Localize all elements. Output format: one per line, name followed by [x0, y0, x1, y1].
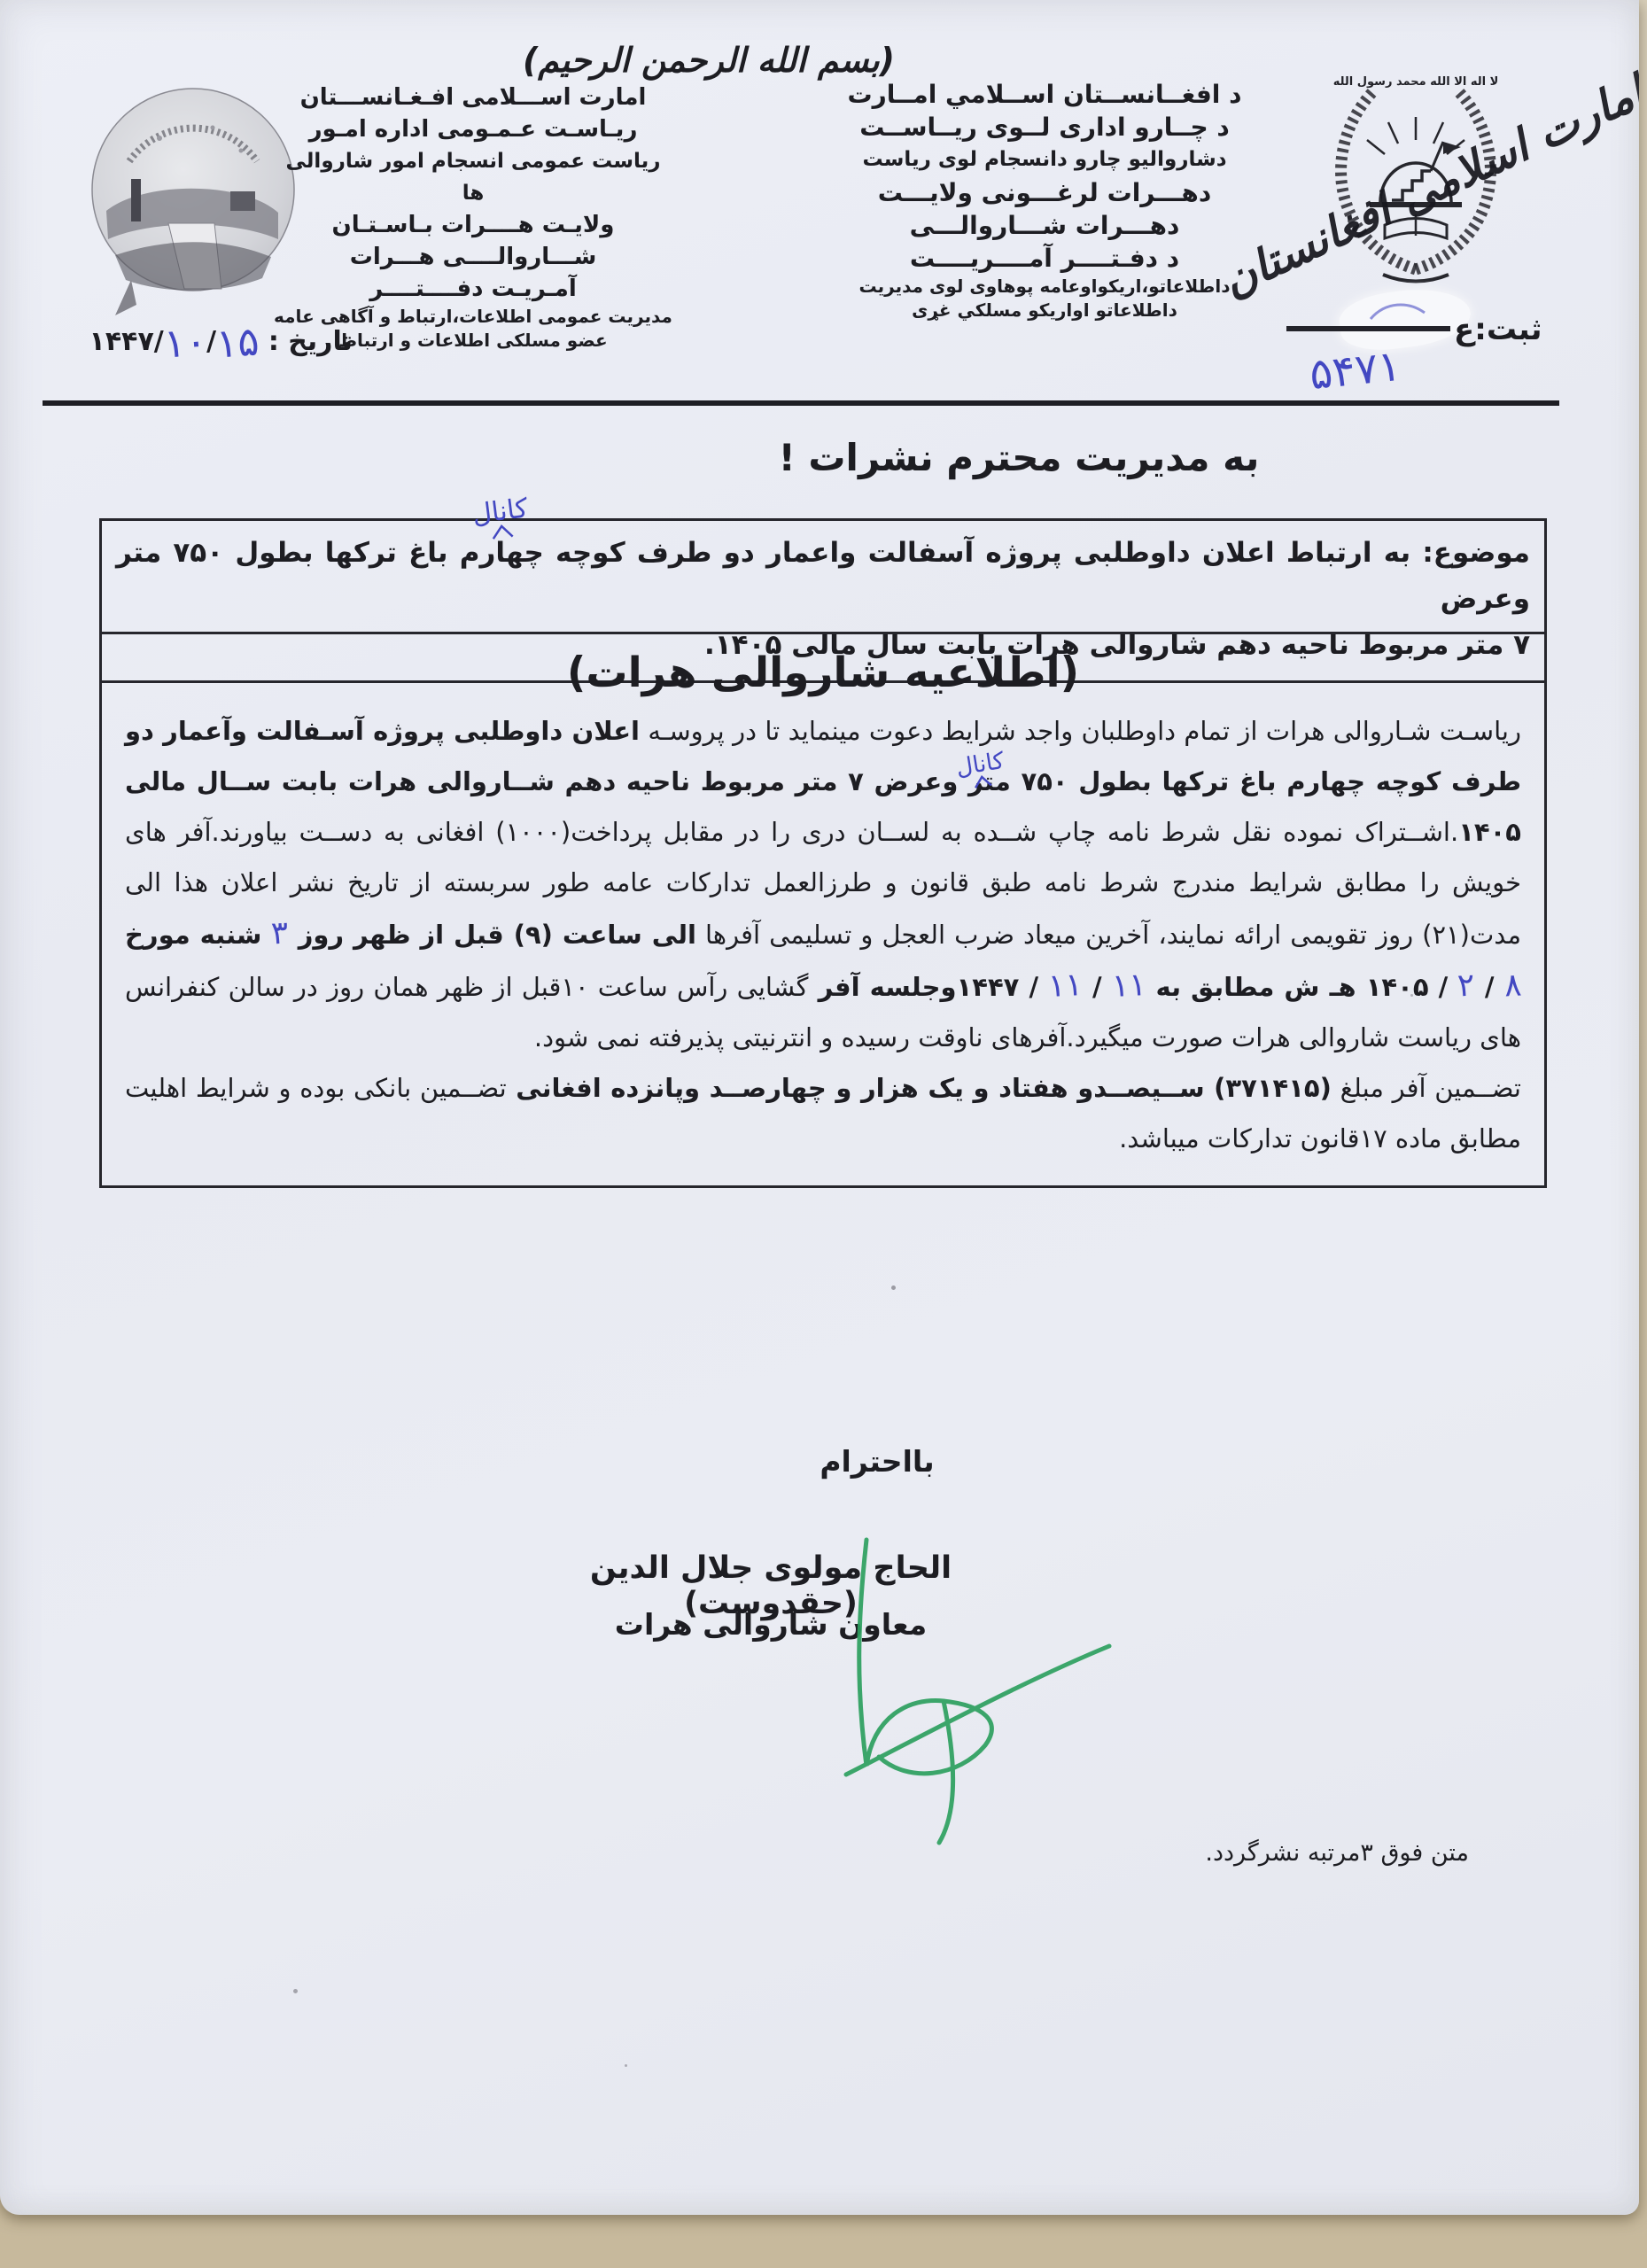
handwritten-month: ۲: [1457, 960, 1476, 1012]
dari-line: امارت اســـلامی افـغـانســـتان: [273, 82, 673, 113]
handwritten-registration-number: ۵۴۷۱: [1307, 341, 1402, 400]
body-text-bold: شنبه مورخ: [125, 920, 271, 950]
annotation-word: کانال: [470, 493, 530, 530]
publication-note: متن فوق ۳مرتبه نشرگردد.: [1177, 1839, 1469, 1867]
pashto-line: داطلاعاتو،اریکواوعامه پوهاوی لوی مدیریت: [826, 275, 1263, 299]
pashto-line: د افغــانســتان اســلامي امــارت: [826, 78, 1263, 111]
announcement-paragraph-2: تضــمین آفر مبلغ (۳۷۱۴۱۵) ســیصــدو هفتا…: [125, 1063, 1521, 1164]
stamp-foreground: [115, 242, 271, 291]
header-dari-block: امارت اســـلامی افـغـانســـتان ریـاسـت ع…: [273, 82, 673, 353]
dari-line: ولایـت هــــرات بـاسـتـان: [273, 209, 673, 241]
pashto-line: د دفـتــــر آمــــریــــت: [826, 242, 1263, 275]
body-text-bold: الی ساعت (۹) قبل از ظهر روز: [289, 920, 696, 950]
body-text-bold: وجلسه آفر: [808, 972, 956, 1002]
body-text-bold: /: [1083, 972, 1112, 1002]
closing-salutation: بااحترام: [709, 1444, 1045, 1479]
ribbon: [1383, 275, 1449, 282]
dari-line: آمـریـت دفــــتــــر: [273, 273, 673, 305]
scan-dust-specks: [0, 0, 3, 3]
handwritten-date-month: ۱۰: [162, 317, 208, 367]
dari-line: ریـاسـت عـمـومی اداره امـور: [273, 113, 673, 145]
pashto-line: د چــارو اداری لــوی ریــاســت: [826, 111, 1263, 144]
date-field: تاریخ : ۱۴۴۷/۱۰/۱۵: [41, 319, 353, 366]
dari-line: ریاست عمومی انسجام امور شاروالی ها: [273, 145, 673, 209]
handwritten-annotation-kanal-subject: کانال: [470, 493, 531, 542]
registration-field: ثبت:ع: [1286, 312, 1616, 347]
header-pashto-block: د افغــانســتان اســلامي امــارت د چــار…: [826, 78, 1263, 322]
pashto-line: دشاروالیو چارو دانسجام لوی ریاست: [826, 144, 1263, 176]
shahada-text: لا اله الا الله محمد رسول الله: [1333, 75, 1499, 89]
pashto-line: داطلاعاتو اواریکو مسلکي غړی: [826, 299, 1263, 322]
green-ink-signature: [726, 1495, 1152, 1850]
body-text: ریاسـت شـاروالی هرات از تمام داوطلبان وا…: [640, 716, 1521, 746]
announcement-title: (اطلاعیه شاروالی هرات): [116, 649, 1530, 697]
scanned-letter-page: (بسم الله الرحمن الرحيم) امارت اســـلامی…: [0, 0, 1647, 2268]
handwritten-hijri-month: ۱۱: [1047, 959, 1084, 1012]
recipient-heading: به مدیریت محترم نشرات !: [760, 436, 1278, 479]
pashto-line: دهـــرات لرغـــونی ولایـــت: [826, 176, 1263, 209]
handwritten-date-day: ۱۵: [214, 317, 260, 367]
subject-line-1: موضوع: به ارتباط اعلان داوطلبی پروژه آسف…: [116, 530, 1530, 622]
letter-paper: (بسم الله الرحمن الرحيم) امارت اســـلامی…: [0, 0, 1639, 2215]
announcement-box: (اطلاعیه شاروالی هرات) ریاسـت شـاروالی ه…: [99, 632, 1547, 1188]
handwritten-annotation-kanal-body: کانال: [954, 748, 1007, 792]
body-text-bold: / ۱۴۴۷: [957, 972, 1049, 1002]
date-label: تاریخ :: [268, 326, 353, 357]
announcement-paragraph-1: ریاسـت شـاروالی هرات از تمام داوطلبان وا…: [125, 706, 1521, 1063]
header-divider-line: [43, 400, 1559, 406]
handwritten-hijri-day: ۱۱: [1110, 959, 1147, 1012]
stamp-ribbon-tail: [115, 280, 136, 315]
body-text: تضــمین آفر مبلغ: [1332, 1073, 1521, 1103]
handwritten-day: ۸: [1503, 960, 1522, 1012]
body-text-bold: /: [1475, 972, 1504, 1002]
dari-line: شـــاروالــــی هـــرات: [273, 241, 673, 273]
handwritten-weekday-number: ۳: [270, 908, 290, 959]
guarantee-amount-bold: (۳۷۱۴۱۵) ســیصــدو هفتاد و یک هزار و چها…: [507, 1073, 1332, 1103]
registration-label: ثبت:ع: [1454, 312, 1542, 347]
pashto-line: دهـــرات شـــاروالـــی: [826, 209, 1263, 242]
stamp-minaret: [131, 179, 141, 221]
stamp-building: [230, 191, 255, 211]
registration-blank-line: [1286, 326, 1450, 331]
body-text-bold: / ۱۴۰۵ هـ ش مطابق به: [1146, 972, 1457, 1002]
bismillah-header: (بسم الله الرحمن الرحيم): [501, 41, 917, 80]
date-year-printed: ۱۴۴۷/: [89, 326, 164, 357]
date-value: ۱۴۴۷/۱۰/۱۵: [89, 319, 260, 366]
